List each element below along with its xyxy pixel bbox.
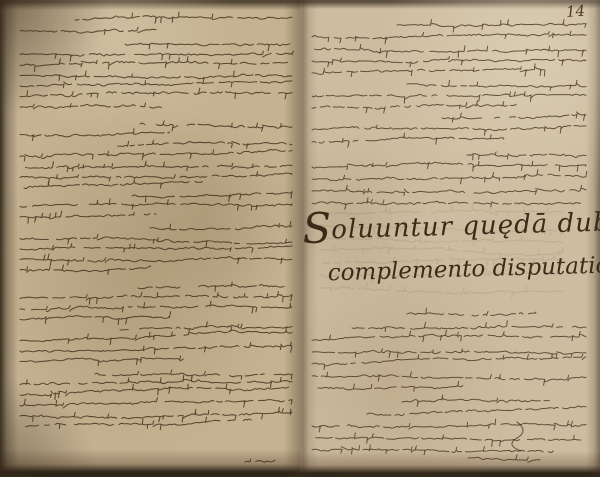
handwriting-line [140, 121, 292, 131]
handwriting-line [312, 419, 586, 432]
handwriting-line [20, 129, 170, 141]
handwriting-line [312, 170, 587, 184]
handwriting-line [407, 308, 536, 316]
handwriting-line [20, 234, 292, 247]
handwriting-line [312, 349, 586, 359]
handwriting-line [312, 31, 586, 44]
folio-number: 14 [565, 1, 594, 21]
handwriting-line [312, 354, 586, 370]
handwriting-line [312, 330, 586, 341]
catchword-handwriting [245, 459, 275, 462]
handwriting-line [20, 199, 292, 210]
handwriting-line [138, 282, 294, 291]
handwriting-line [20, 81, 292, 88]
handwriting-line [315, 433, 590, 446]
handwriting-line [352, 321, 586, 332]
handwriting-line [20, 398, 292, 408]
handwriting-line [312, 185, 586, 195]
handwriting-line [312, 125, 586, 135]
handwriting-line [20, 342, 292, 354]
handwriting-line [20, 356, 183, 366]
heading-initial-letter: S [302, 203, 332, 253]
handwriting-line [20, 312, 171, 325]
handwriting-line [26, 161, 293, 171]
ink-flourish [512, 422, 523, 451]
handwriting-line [312, 101, 521, 113]
handwriting-line [20, 103, 161, 109]
manuscript-photo: 14 Soluuntur quędā dubia pro complemento… [0, 0, 600, 477]
handwriting-line [20, 384, 292, 400]
marginal-note-handwriting [468, 455, 540, 462]
section-heading-line1: Soluuntur quędā dubia pro [302, 200, 595, 250]
handwriting-line [367, 406, 586, 416]
handwriting-line [442, 112, 586, 122]
handwriting-line [407, 80, 586, 90]
handwriting-line [312, 92, 586, 103]
handwriting-line [20, 327, 292, 345]
left_page-handwriting [20, 12, 295, 462]
handwriting-line [20, 172, 292, 185]
section-heading: Soluuntur quędā dubia pro complemento di… [302, 200, 596, 290]
handwriting-line [397, 20, 586, 33]
handwriting-line [125, 43, 295, 51]
handwriting-line [132, 192, 292, 202]
handwriting-line [318, 381, 463, 391]
handwriting-line [20, 292, 292, 305]
handwriting-line [20, 301, 292, 313]
handwriting-line [20, 150, 292, 162]
handwriting-line [312, 161, 586, 171]
handwriting-line [402, 395, 549, 406]
handwriting-line [20, 27, 156, 34]
handwriting-line [118, 140, 292, 148]
handwriting-line [75, 12, 292, 23]
handwriting-line [20, 254, 292, 266]
handwriting-line [315, 44, 586, 57]
handwriting-line [312, 133, 504, 147]
handwriting-line [150, 222, 292, 230]
handwriting-line [20, 57, 293, 72]
handwriting-line [95, 370, 292, 381]
handwriting-line [467, 152, 586, 160]
heading-line1-text: oluuntur quędā dubia pro [331, 205, 600, 245]
handwriting-line [20, 376, 292, 388]
handwriting-line [24, 178, 206, 189]
handwriting-line [20, 244, 292, 253]
handwriting-line [20, 88, 292, 99]
handwriting-line [312, 57, 586, 67]
handwriting-line [312, 64, 545, 77]
handwriting-line [120, 322, 292, 332]
handwriting-line [312, 372, 586, 385]
handwriting-line [20, 265, 151, 275]
handwriting-line [20, 211, 156, 223]
handwriting-line [20, 51, 293, 61]
heading-line2-text: complemento disputationis [327, 254, 600, 286]
